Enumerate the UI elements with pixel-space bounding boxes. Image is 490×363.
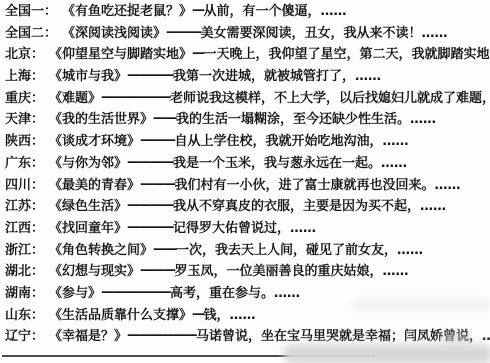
list-item: 上海：《城市与我》————我第一次进城，就被城管打了，…… [5,66,490,88]
region-label: 陕西： [5,131,44,153]
comment-text: 老师说我这模样，不上大学，以后找媳妇儿就成了难题，…… [170,88,490,110]
comment-text: 记得罗大佑曾说过，…… [173,218,316,240]
comment-text: 钱，…… [204,305,256,327]
dash-separator: ——— [140,174,175,196]
region-label: 全国二： [5,23,57,45]
essay-title: 《生活品质靠什么支撑》 [49,305,192,327]
region-label: 湖南： [5,283,44,305]
dash-separator: ———— [127,195,173,217]
essay-title: 《绿色生活》 [49,196,127,218]
dash-separator: —————— [127,325,196,347]
region-label: 全国一： [5,1,57,23]
region-label: 四川： [5,175,44,197]
comment-text: 从前，有一个傻逼，…… [204,1,347,23]
essay-title: 《参与》 [49,283,101,305]
dash-separator: ——— [140,130,175,152]
dash-separator: ——— [166,22,201,44]
essay-title: 《城市与我》 [49,66,127,88]
essay-joke-document: 全国一：《有鱼吃还捉老鼠？》—从前，有一个傻逼，…… 全国二：《深阅读浅阅读》—… [0,0,490,363]
region-label: 山东： [5,305,44,327]
dash-separator: — [192,0,204,22]
region-label: 广东： [5,153,44,175]
dash-separator: —— [153,108,176,130]
essay-title: 《幸福是？》 [49,326,127,348]
essay-title: 《我的生活世界》 [49,109,153,131]
region-label: 重庆： [5,88,44,110]
comment-text: 美女需要深阅读，丑女，我从来不读！…… [201,23,448,45]
dash-separator: —————— [101,87,170,109]
dash-separator: ———— [127,217,173,239]
dash-separator: —— [153,239,176,261]
region-label: 江西： [5,218,44,240]
essay-title: 《仰望星空与脚踏实地》 [49,44,192,66]
dash-separator: — [192,304,204,326]
list-item: 湖北：《幻想与现实》———罗玉凤，一位美丽善良的重庆姑娘，…… [5,261,490,283]
essay-title: 《有鱼吃还捉老鼠？》 [62,1,192,23]
region-label: 湖北： [5,261,44,283]
region-label: 北京： [5,44,44,66]
list-item: 北京：《仰望星空与脚踏实地》—一天晚上，我仰望了星空，第二天，我就脚踏实地了。…… [5,44,490,66]
essay-title: 《幻想与现实》 [49,261,140,283]
dash-separator: — [192,43,204,65]
comment-text: 一次，我去天上人间，碰见了前女友，…… [176,240,423,262]
comment-text: 我是一个玉米，我与葱永远在一起。…… [173,153,407,175]
region-label: 上海： [5,66,44,88]
list-item: 全国一：《有鱼吃还捉老鼠？》—从前，有一个傻逼，…… [5,1,490,23]
dash-separator: ——— [140,260,175,282]
essay-title: 《角色转换之间》 [49,240,153,262]
list-item: 浙江：《角色转换之间》——一次，我去天上人间，碰见了前女友，…… [5,240,490,262]
region-label: 天津： [5,109,44,131]
essay-title: 《谈成才环境》 [49,131,140,153]
list-item: 全国二：《深阅读浅阅读》———美女需要深阅读，丑女，我从来不读！…… [5,23,490,45]
blur-smudge-small [440,332,470,343]
region-label: 辽宁： [5,326,44,348]
dash-separator: ———— [127,152,173,174]
region-label: 江苏： [5,196,44,218]
essay-title: 《与你为邻》 [49,153,127,175]
essay-title: 《深阅读浅阅读》 [62,23,166,45]
list-item: 江苏：《绿色生活》————我从不穿真皮的衣服，主要是因为买不起，…… [5,196,490,218]
comment-text: 我的生活一塌糊涂，至今还缺少性生活。…… [176,109,436,131]
blurred-watermark [283,344,490,363]
comment-text: 我第一次进城，就被城管打了，…… [173,66,381,88]
list-item: 陕西：《谈成才环境》———自从上学住校，我就开始吃地沟油，…… [5,131,490,153]
essay-title: 《难题》 [49,88,101,110]
comment-text: 自从上学住校，我就开始吃地沟油，…… [175,131,409,153]
comment-text: 罗玉凤，一位美丽善良的重庆姑娘，…… [175,261,409,283]
essay-list: 全国一：《有鱼吃还捉老鼠？》—从前，有一个傻逼，…… 全国二：《深阅读浅阅读》—… [0,0,490,348]
list-item: 天津：《我的生活世界》——我的生活一塌糊涂，至今还缺少性生活。…… [5,109,490,131]
comment-text: 我从不穿真皮的衣服，主要是因为买不起，…… [173,196,446,218]
list-item: 广东：《与你为邻》————我是一个玉米，我与葱永远在一起。…… [5,153,490,175]
comment-text: 一天晚上，我仰望了星空，第二天，我就脚踏实地了。…… [204,44,490,66]
list-item: 重庆：《难题》——————老师说我这模样，不上大学，以后找媳妇儿就成了难题，…… [5,88,490,110]
comment-text: 我们村有一小伙，进了富士康就再也没回来。…… [175,175,461,197]
list-item: 江西：《找回童年》————记得罗大佑曾说过，…… [5,218,490,240]
blur-smudge-faint [352,299,490,311]
region-label: 浙江： [5,240,44,262]
list-item: 四川：《最美的青春》———我们村有一小伙，进了富士康就再也没回来。…… [5,175,490,197]
comment-text: 高考，重在参与。…… [170,283,300,305]
essay-title: 《找回童年》 [49,218,127,240]
dash-separator: ———— [127,65,173,87]
essay-title: 《最美的青春》 [49,175,140,197]
dash-separator: —————— [101,282,170,304]
